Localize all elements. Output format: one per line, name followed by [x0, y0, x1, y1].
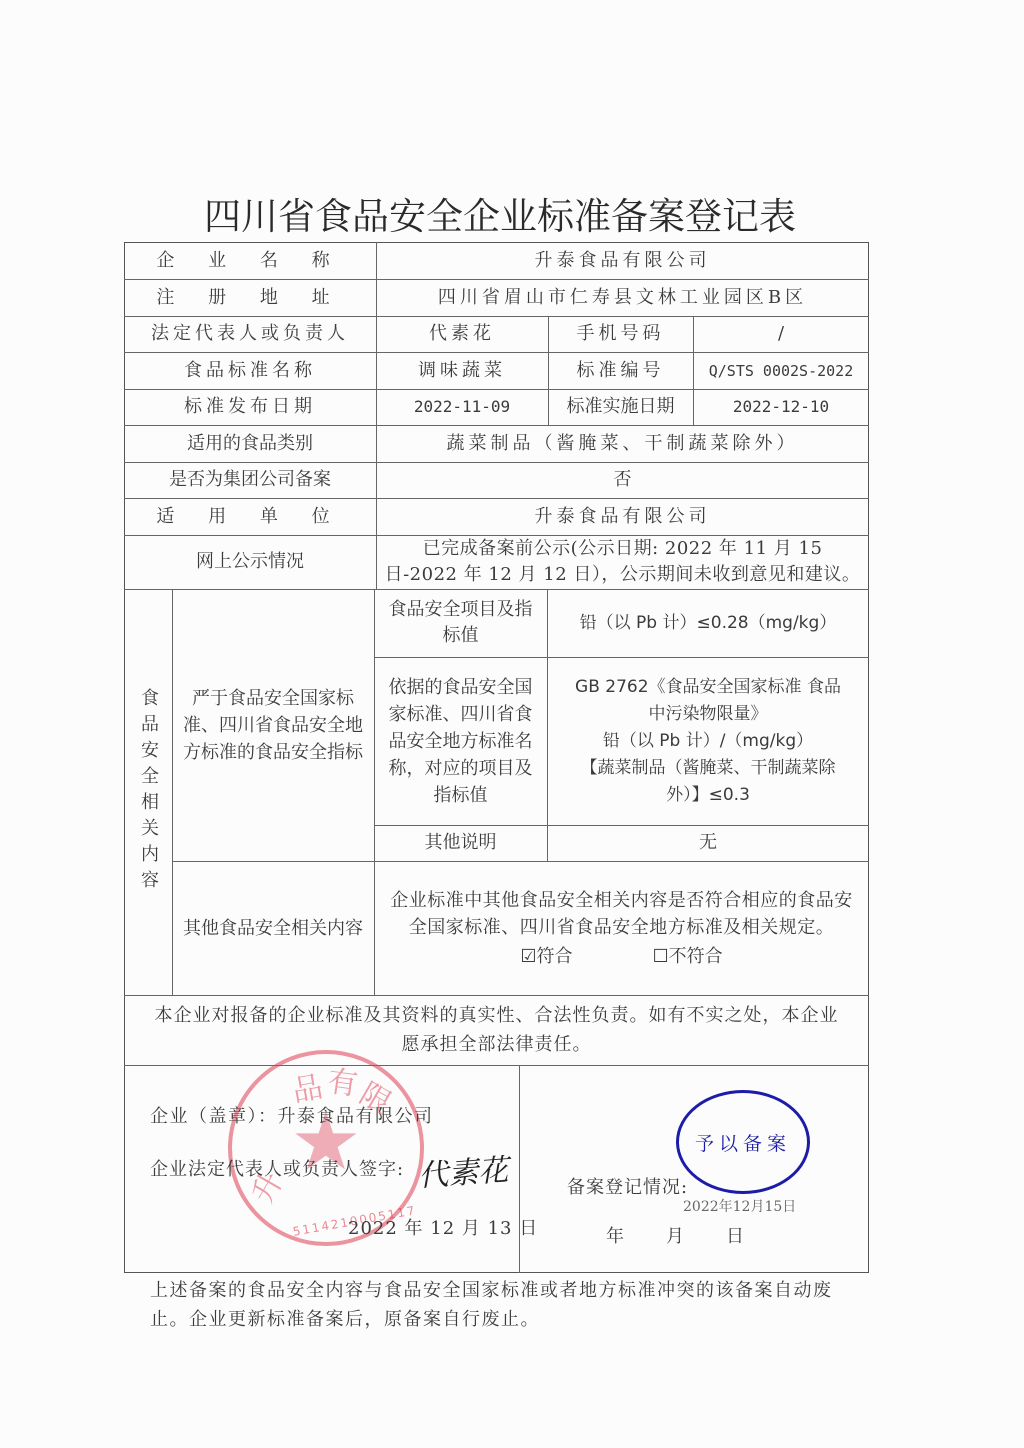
standard-code-value: Q/STS 0002S-2022: [693, 352, 869, 389]
safety-item-label: 食品安全项目及指标值: [374, 589, 547, 657]
basis-line: 铅（以 Pb 计）/（mg/kg）: [603, 728, 813, 755]
group-filing-label: 是否为集团公司备案: [124, 462, 376, 498]
company-name-label: 企 业 名 称: [124, 242, 376, 279]
stricter-indicators-label: 严于食品安全国家标准、四川省食品安全地方标准的食品安全指标: [172, 589, 374, 861]
address-value: 四川省眉山市仁寿县文林工业园区B区: [376, 279, 869, 316]
online-notice-label: 网上公示情况: [124, 535, 376, 589]
col-divider: [519, 1065, 520, 1273]
compliance-options: ☑符合 ☐不符合: [520, 943, 722, 970]
applicable-unit-label: 适 用 单 位: [124, 498, 376, 535]
basis-standard-label: 依据的食品安全国家标准、四川省食品安全地方标准名称，对应的项目及指标值: [374, 657, 547, 825]
rep-signature-label: 企业法定代表人或负责人签字:: [150, 1155, 404, 1181]
footer-note: 上述备案的食品安全内容与食品安全国家标准或者地方标准冲突的该备案自动废止。企业更…: [150, 1276, 870, 1334]
safety-item-value: 铅（以 Pb 计）≤0.28（mg/kg）: [547, 589, 869, 657]
registration-date: 2022年12月15日: [683, 1196, 796, 1216]
registration-label: 备案登记情况:: [567, 1173, 688, 1199]
other-notes-label: 其他说明: [374, 825, 547, 861]
impl-date-value: 2022-12-10: [693, 389, 869, 425]
other-safety-content: 企业标准中其他食品安全相关内容是否符合相应的食品安全国家标准、四川省食品安全地方…: [374, 861, 869, 995]
phone-value: /: [693, 316, 869, 352]
date-placeholder: 年 月 日: [606, 1222, 746, 1248]
basis-standard-value: GB 2762《食品安全国家标准 食品 中污染物限量》 铅（以 Pb 计）/（m…: [547, 657, 869, 825]
category-value: 蔬菜制品（酱腌菜、干制蔬菜除外）: [376, 425, 869, 462]
basis-line: 中污染物限量》: [649, 701, 768, 728]
option-noncompliant-checkbox[interactable]: ☐不符合: [653, 943, 723, 970]
safety-section-label-cell: 食品安全相关内容: [124, 589, 172, 995]
page-title: 四川省食品安全企业标准备案登记表: [0, 186, 1000, 240]
signature-date: 2022 年 12 月 13 日: [348, 1214, 538, 1240]
standard-code-label: 标准编号: [548, 352, 693, 389]
company-name-value: 升泰食品有限公司: [376, 242, 869, 279]
seal-char: 有: [325, 1056, 361, 1104]
safety-section-label: 食品安全相关内容: [135, 688, 161, 896]
legal-rep-label: 法定代表人或负责人: [124, 316, 376, 352]
compliance-question: 企业标准中其他食品安全相关内容是否符合相应的食品安全国家标准、四川省食品安全地方…: [384, 887, 859, 941]
publish-date-label: 标准发布日期: [124, 389, 376, 425]
applicable-unit-value: 升泰食品有限公司: [376, 498, 869, 535]
group-filing-value: 否: [376, 462, 869, 498]
rep-signature: 代素花: [417, 1145, 510, 1195]
online-notice-value: 已完成备案前公示(公示日期: 2022 年 11 月 15 日-2022 年 1…: [376, 535, 869, 589]
basis-line: GB 2762《食品安全国家标准 食品: [575, 674, 841, 701]
standard-name-value: 调味蔬菜: [376, 352, 548, 389]
row-divider: [124, 1065, 869, 1066]
impl-date-label: 标准实施日期: [548, 389, 693, 425]
option-compliant-checkbox[interactable]: ☑符合: [520, 943, 572, 970]
basis-line: 外）】≤0.3: [666, 782, 750, 809]
address-label: 注 册 地 址: [124, 279, 376, 316]
legal-rep-value: 代素花: [376, 316, 548, 352]
company-seal-label: 企业（盖章）：升泰食品有限公司: [150, 1102, 434, 1128]
standard-name-label: 食品标准名称: [124, 352, 376, 389]
category-label: 适用的食品类别: [124, 425, 376, 462]
approval-stamp: 予以备案: [676, 1090, 810, 1194]
other-notes-value: 无: [547, 825, 869, 861]
other-safety-content-label: 其他食品安全相关内容: [172, 861, 374, 995]
publish-date-value: 2022-11-09: [376, 389, 548, 425]
declaration-text: 本企业对报备的企业标准及其资料的真实性、合法性负责。如有不实之处，本企业愿承担全…: [124, 995, 869, 1065]
basis-line: 【蔬菜制品（酱腌菜、干制蔬菜除: [581, 755, 836, 782]
phone-label: 手机号码: [548, 316, 693, 352]
